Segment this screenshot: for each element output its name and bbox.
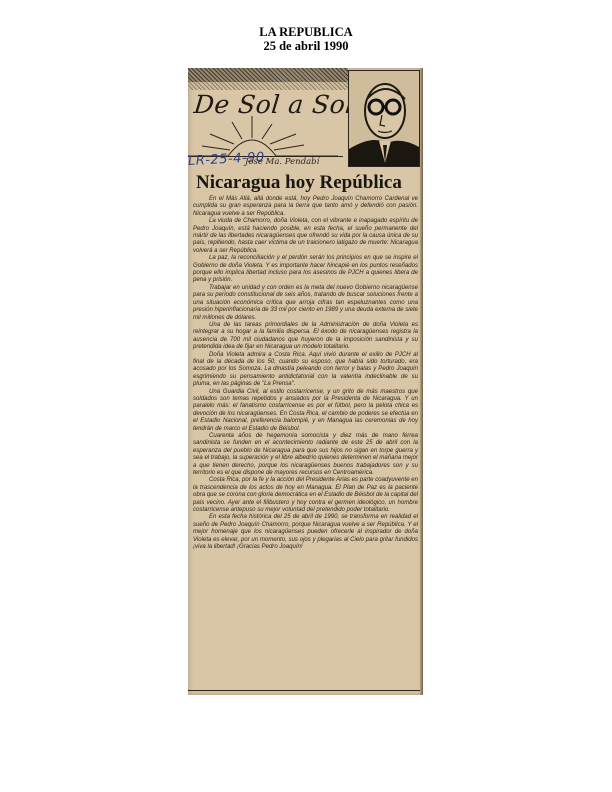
author-portrait: [348, 70, 420, 167]
article-paragraph: La viuda de Chamorro, doña Violeta, con …: [193, 218, 418, 255]
article-paragraph: En el Más Allá, allá donde está, hoy Ped…: [193, 196, 418, 218]
author-byline: Jose Ma. Pendabí: [245, 157, 319, 167]
halftone-band-light: [188, 82, 348, 90]
newspaper-clipping: De Sol a Sol LR-25-4-90 Jose Ma. Pendabí…: [188, 68, 423, 695]
article-paragraph: Doña Violeta admira a Costa Rica. Aquí v…: [193, 352, 418, 389]
article-paragraph: La paz, la reconciliación y el perdón se…: [193, 255, 418, 285]
article-paragraph: Una Guardia Civil, al estilo costarricen…: [193, 389, 418, 433]
article-paragraph: Costa Rica, por la fe y la acción del Pr…: [193, 477, 418, 514]
article-paragraph: Una de las tareas primordiales de la Adm…: [193, 322, 418, 352]
article-paragraph: En esta fecha histórica del 25 de abril …: [193, 514, 418, 551]
portrait-photo-icon: [349, 71, 419, 166]
bottom-rule: [188, 690, 423, 691]
halftone-band: [188, 68, 348, 82]
article-paragraph: Cuarenta años de hegemonía somocista y d…: [193, 433, 418, 477]
page-header: LA REPUBLICA 25 de abril 1990: [0, 25, 612, 53]
clipping-edge-shadow: [420, 68, 423, 695]
publication-date: 25 de abril 1990: [0, 39, 612, 53]
article-headline: Nicaragua hoy República: [196, 172, 421, 194]
article-paragraph: Trabajar en unidad y con orden es la met…: [193, 285, 418, 322]
publication-name: LA REPUBLICA: [0, 25, 612, 39]
article-body: En el Más Allá, allá donde está, hoy Ped…: [193, 196, 418, 552]
